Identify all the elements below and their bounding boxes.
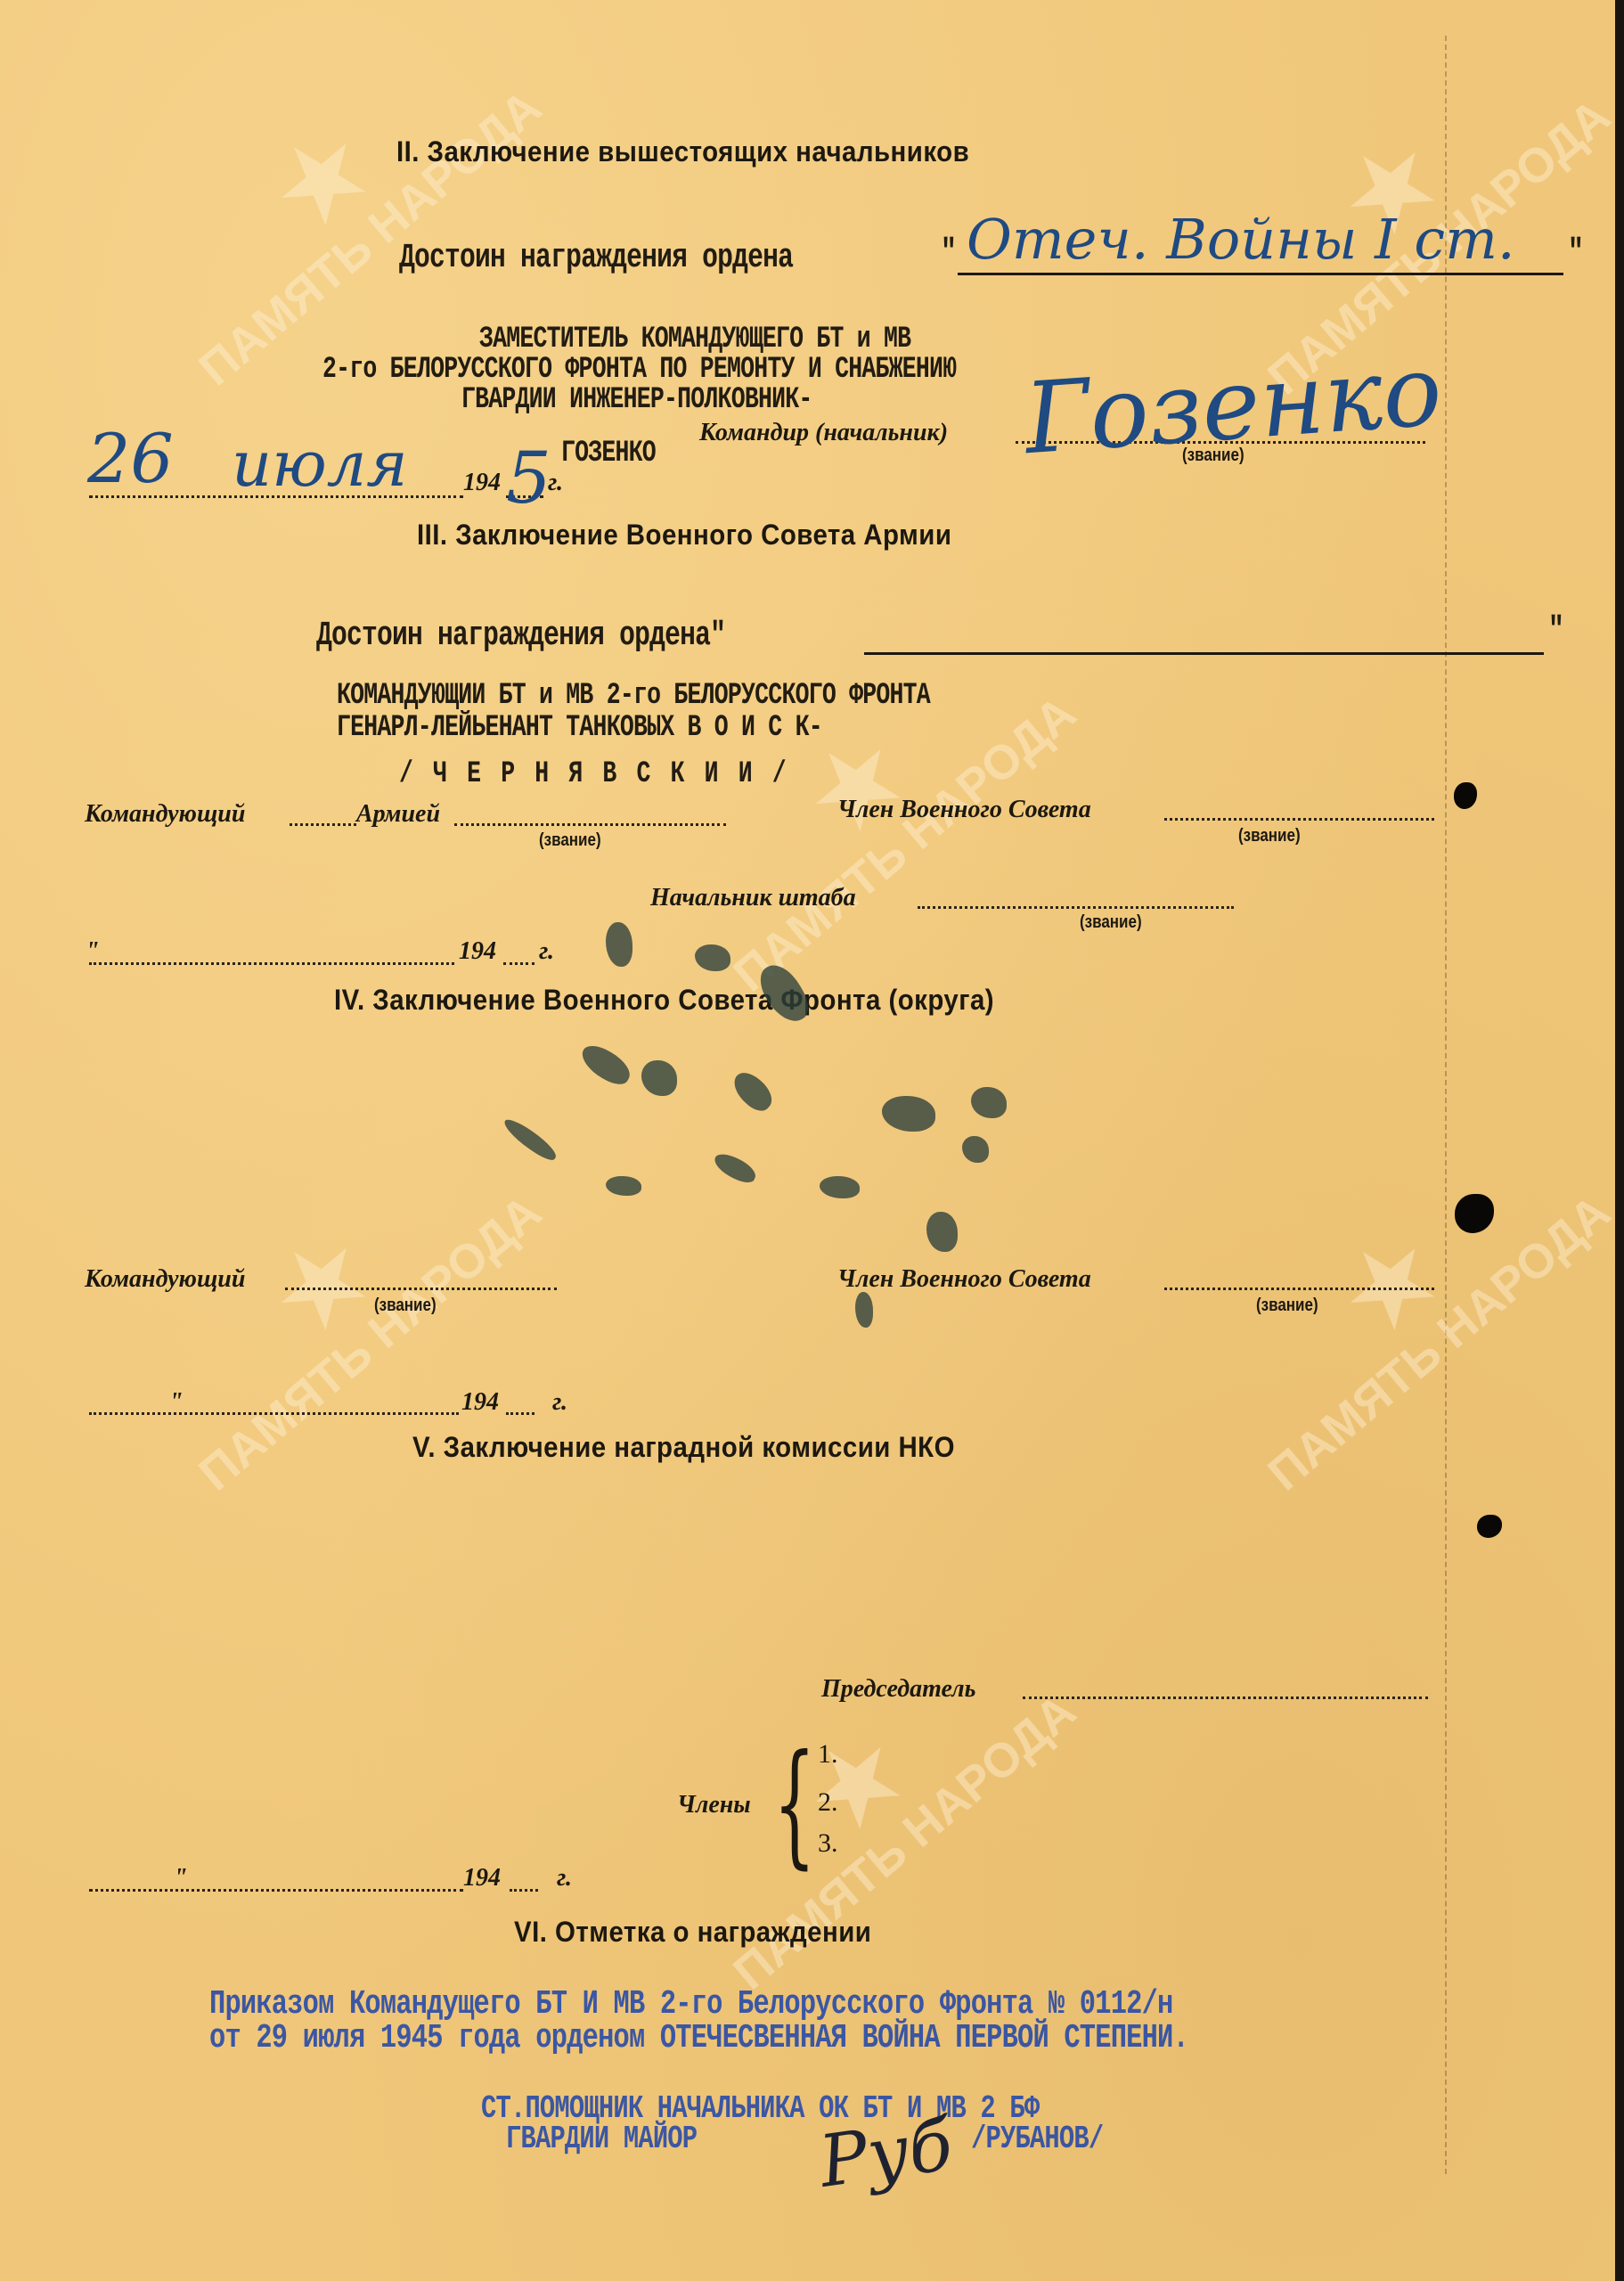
member-1: 1. xyxy=(818,1739,838,1770)
signatory-line-1: КОМАНДУЮЩИИ БТ и МВ 2-го БЕЛОРУССКОГО ФР… xyxy=(337,679,930,713)
rank-label: (звание) xyxy=(1080,912,1142,933)
commander-label: Командующий xyxy=(85,800,245,829)
date-line xyxy=(89,1412,459,1415)
date-suffix: г. xyxy=(548,469,563,497)
quote-close: " xyxy=(1568,233,1583,272)
ink-stain xyxy=(711,1149,760,1186)
signatory-name: / Ч Е Р Н Я В С К И И / xyxy=(399,757,789,791)
council-member-label: Член Военного Совета xyxy=(837,1265,1091,1294)
commander-label: Командир (начальник) xyxy=(699,419,948,447)
signatory-name: ГОЗЕНКО xyxy=(561,437,656,470)
paper-fold-line xyxy=(1445,36,1447,2174)
rank-label: (звание) xyxy=(1238,826,1301,846)
council-member-line xyxy=(1164,1288,1434,1290)
signatory-stamp-line-2: ГВАРДИИ МАЙОР xyxy=(506,2121,697,2157)
signatory-line-1: ЗАМЕСТИТЕЛЬ КОМАНДУЮЩЕГО БТ и МВ xyxy=(479,323,910,356)
punch-hole xyxy=(1454,782,1477,809)
signatory-line-2: 2-го БЕЛОРУССКОГО ФРОНТА ПО РЕМОНТУ И СН… xyxy=(322,353,956,387)
army-label: Армией xyxy=(356,800,440,829)
punch-hole xyxy=(1455,1194,1494,1233)
ink-stain xyxy=(641,1060,677,1096)
commander-rank-line xyxy=(285,1288,557,1290)
rank-label: (звание) xyxy=(539,830,601,851)
award-order-stamp-line-1: Приказом Командущего БТ И МВ 2-го Белору… xyxy=(209,1985,1172,2023)
ink-stain xyxy=(500,1116,560,1165)
signature-gozenko: Гозенко xyxy=(1021,333,1445,476)
date-line xyxy=(89,1889,463,1892)
date-year-prefix: 194 xyxy=(461,1388,499,1417)
section-4-heading: IV. Заключение Военного Совета Фронта (о… xyxy=(334,984,994,1017)
ink-stain xyxy=(820,1176,860,1198)
date-year-line xyxy=(506,1412,535,1415)
date-month-handwritten: июля xyxy=(232,428,408,501)
chairman-label: Председатель xyxy=(821,1675,975,1704)
commander-line xyxy=(290,823,356,826)
ink-stain xyxy=(727,1067,779,1116)
paper-right-edge xyxy=(1615,0,1624,2281)
date-year-prefix: 194 xyxy=(463,1864,501,1893)
star-icon: ★ xyxy=(1196,1109,1587,1459)
ink-stain xyxy=(576,1040,636,1090)
ink-stain xyxy=(606,922,632,967)
date-suffix: г. xyxy=(552,1388,567,1417)
date-year-prefix: 194 xyxy=(459,937,496,966)
star-icon: ★ xyxy=(1196,13,1587,364)
punch-hole xyxy=(1477,1515,1502,1538)
ink-stain xyxy=(882,1096,935,1132)
order-line xyxy=(958,273,1563,275)
date-day-handwritten: 26 xyxy=(87,419,174,498)
member-2: 2. xyxy=(818,1787,838,1818)
date-suffix: г. xyxy=(539,937,554,966)
ink-stain xyxy=(606,1176,641,1196)
ink-stain xyxy=(971,1087,1007,1118)
ink-stain xyxy=(926,1212,958,1252)
members-label: Члены xyxy=(677,1791,751,1819)
section-2-worthy-label: Достоин награждения ордена xyxy=(399,239,793,277)
section-2-heading: II. Заключение вышестоящих начальников xyxy=(396,135,969,168)
rank-label: (звание) xyxy=(1256,1296,1318,1316)
signature-rubanov: Руб xyxy=(814,2103,958,2203)
star-icon: ★ xyxy=(661,1608,1052,1958)
section-3-worthy-label: Достоин награждения ордена" xyxy=(316,617,725,655)
section-6-heading: VI. Отметка о награждении xyxy=(514,1916,871,1949)
signatory-line-2: ГЕНАРЛ-ЛЕЙЬЕНАНТ ТАНКОВЫХ В О И С К- xyxy=(337,711,822,745)
chief-of-staff-line xyxy=(918,906,1234,909)
chief-of-staff-label: Начальник штаба xyxy=(650,884,856,912)
council-member-line xyxy=(1164,818,1434,821)
date-year-line xyxy=(503,962,535,965)
date-line xyxy=(89,962,454,965)
brace-icon: { xyxy=(773,1737,816,1871)
quote-open: " xyxy=(941,233,956,272)
rank-label: (звание) xyxy=(374,1296,437,1316)
award-order-stamp-line-2: от 29 июля 1945 года орденом ОТЕЧЕСВЕННА… xyxy=(209,2019,1188,2057)
section-3-heading: III. Заключение Военного Совета Армии xyxy=(417,519,951,552)
date-year-prefix: 194 xyxy=(463,469,501,497)
star-icon: ★ xyxy=(126,4,518,355)
ink-stain xyxy=(855,1292,873,1328)
order-line xyxy=(864,652,1544,655)
chairman-line xyxy=(1023,1696,1428,1699)
quote-close: " xyxy=(1548,611,1563,650)
date-suffix: г. xyxy=(557,1864,572,1893)
ink-stain xyxy=(695,944,730,971)
date-year-handwritten: 5 xyxy=(506,437,551,519)
order-name-handwritten: Отеч. Войны I ст. xyxy=(967,207,1515,272)
army-rank-line xyxy=(454,823,726,826)
ink-stain xyxy=(962,1136,989,1163)
signatory-line-3: ГВАРДИИ ИНЖЕНЕР-ПОЛКОВНИК- xyxy=(461,383,812,417)
section-5-heading: V. Заключение наградной комиссии НКО xyxy=(412,1431,955,1464)
date-year-line xyxy=(510,1889,538,1892)
member-3: 3. xyxy=(818,1828,838,1859)
commander-label: Командующий xyxy=(85,1265,245,1294)
signatory-stamp-name: /РУБАНОВ/ xyxy=(971,2121,1103,2157)
council-member-label: Член Военного Совета xyxy=(837,796,1091,824)
